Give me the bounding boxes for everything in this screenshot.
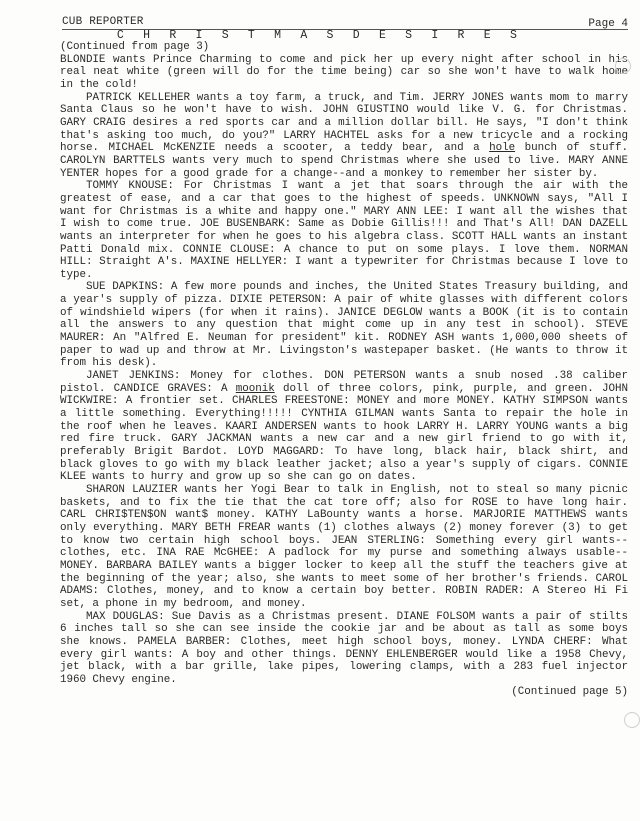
scan-artifact-mark [624,712,640,728]
underlined-word: moonik [236,383,275,395]
underlined-word: hole [489,142,515,154]
article-paragraph: JANET JENKINS: Money for clothes. DON PE… [60,370,628,484]
article-paragraph: BLONDIE wants Prince Charming to come an… [60,54,628,92]
continued-next-note: (Continued page 5) [60,686,628,699]
article-paragraphs: BLONDIE wants Prince Charming to come an… [60,54,628,687]
article-paragraph: TOMMY KNOUSE: For Christmas I want a jet… [60,180,628,281]
paragraph-text: doll of three colors, pink, purple, and … [60,383,628,484]
article-body: (Continued from page 3) BLONDIE wants Pr… [60,41,628,699]
publication-name: CUB REPORTER [62,15,144,29]
article-paragraph: SHARON LAUZIER wants her Yogi Bear to ta… [60,484,628,611]
scan-artifact-mark [615,58,631,74]
article-paragraph: PATRICK KELLEHER wants a toy farm, a tru… [60,92,628,181]
page-header: CUB REPORTER Page 4 [62,15,628,30]
newsletter-page: CUB REPORTER Page 4 C H R I S T M A S D … [0,0,640,821]
continued-from-note: (Continued from page 3) [60,41,628,54]
article-paragraph: MAX DOUGLAS: Sue Davis as a Christmas pr… [60,611,628,687]
article-paragraph: SUE DAPKINS: A few more pounds and inche… [60,281,628,370]
